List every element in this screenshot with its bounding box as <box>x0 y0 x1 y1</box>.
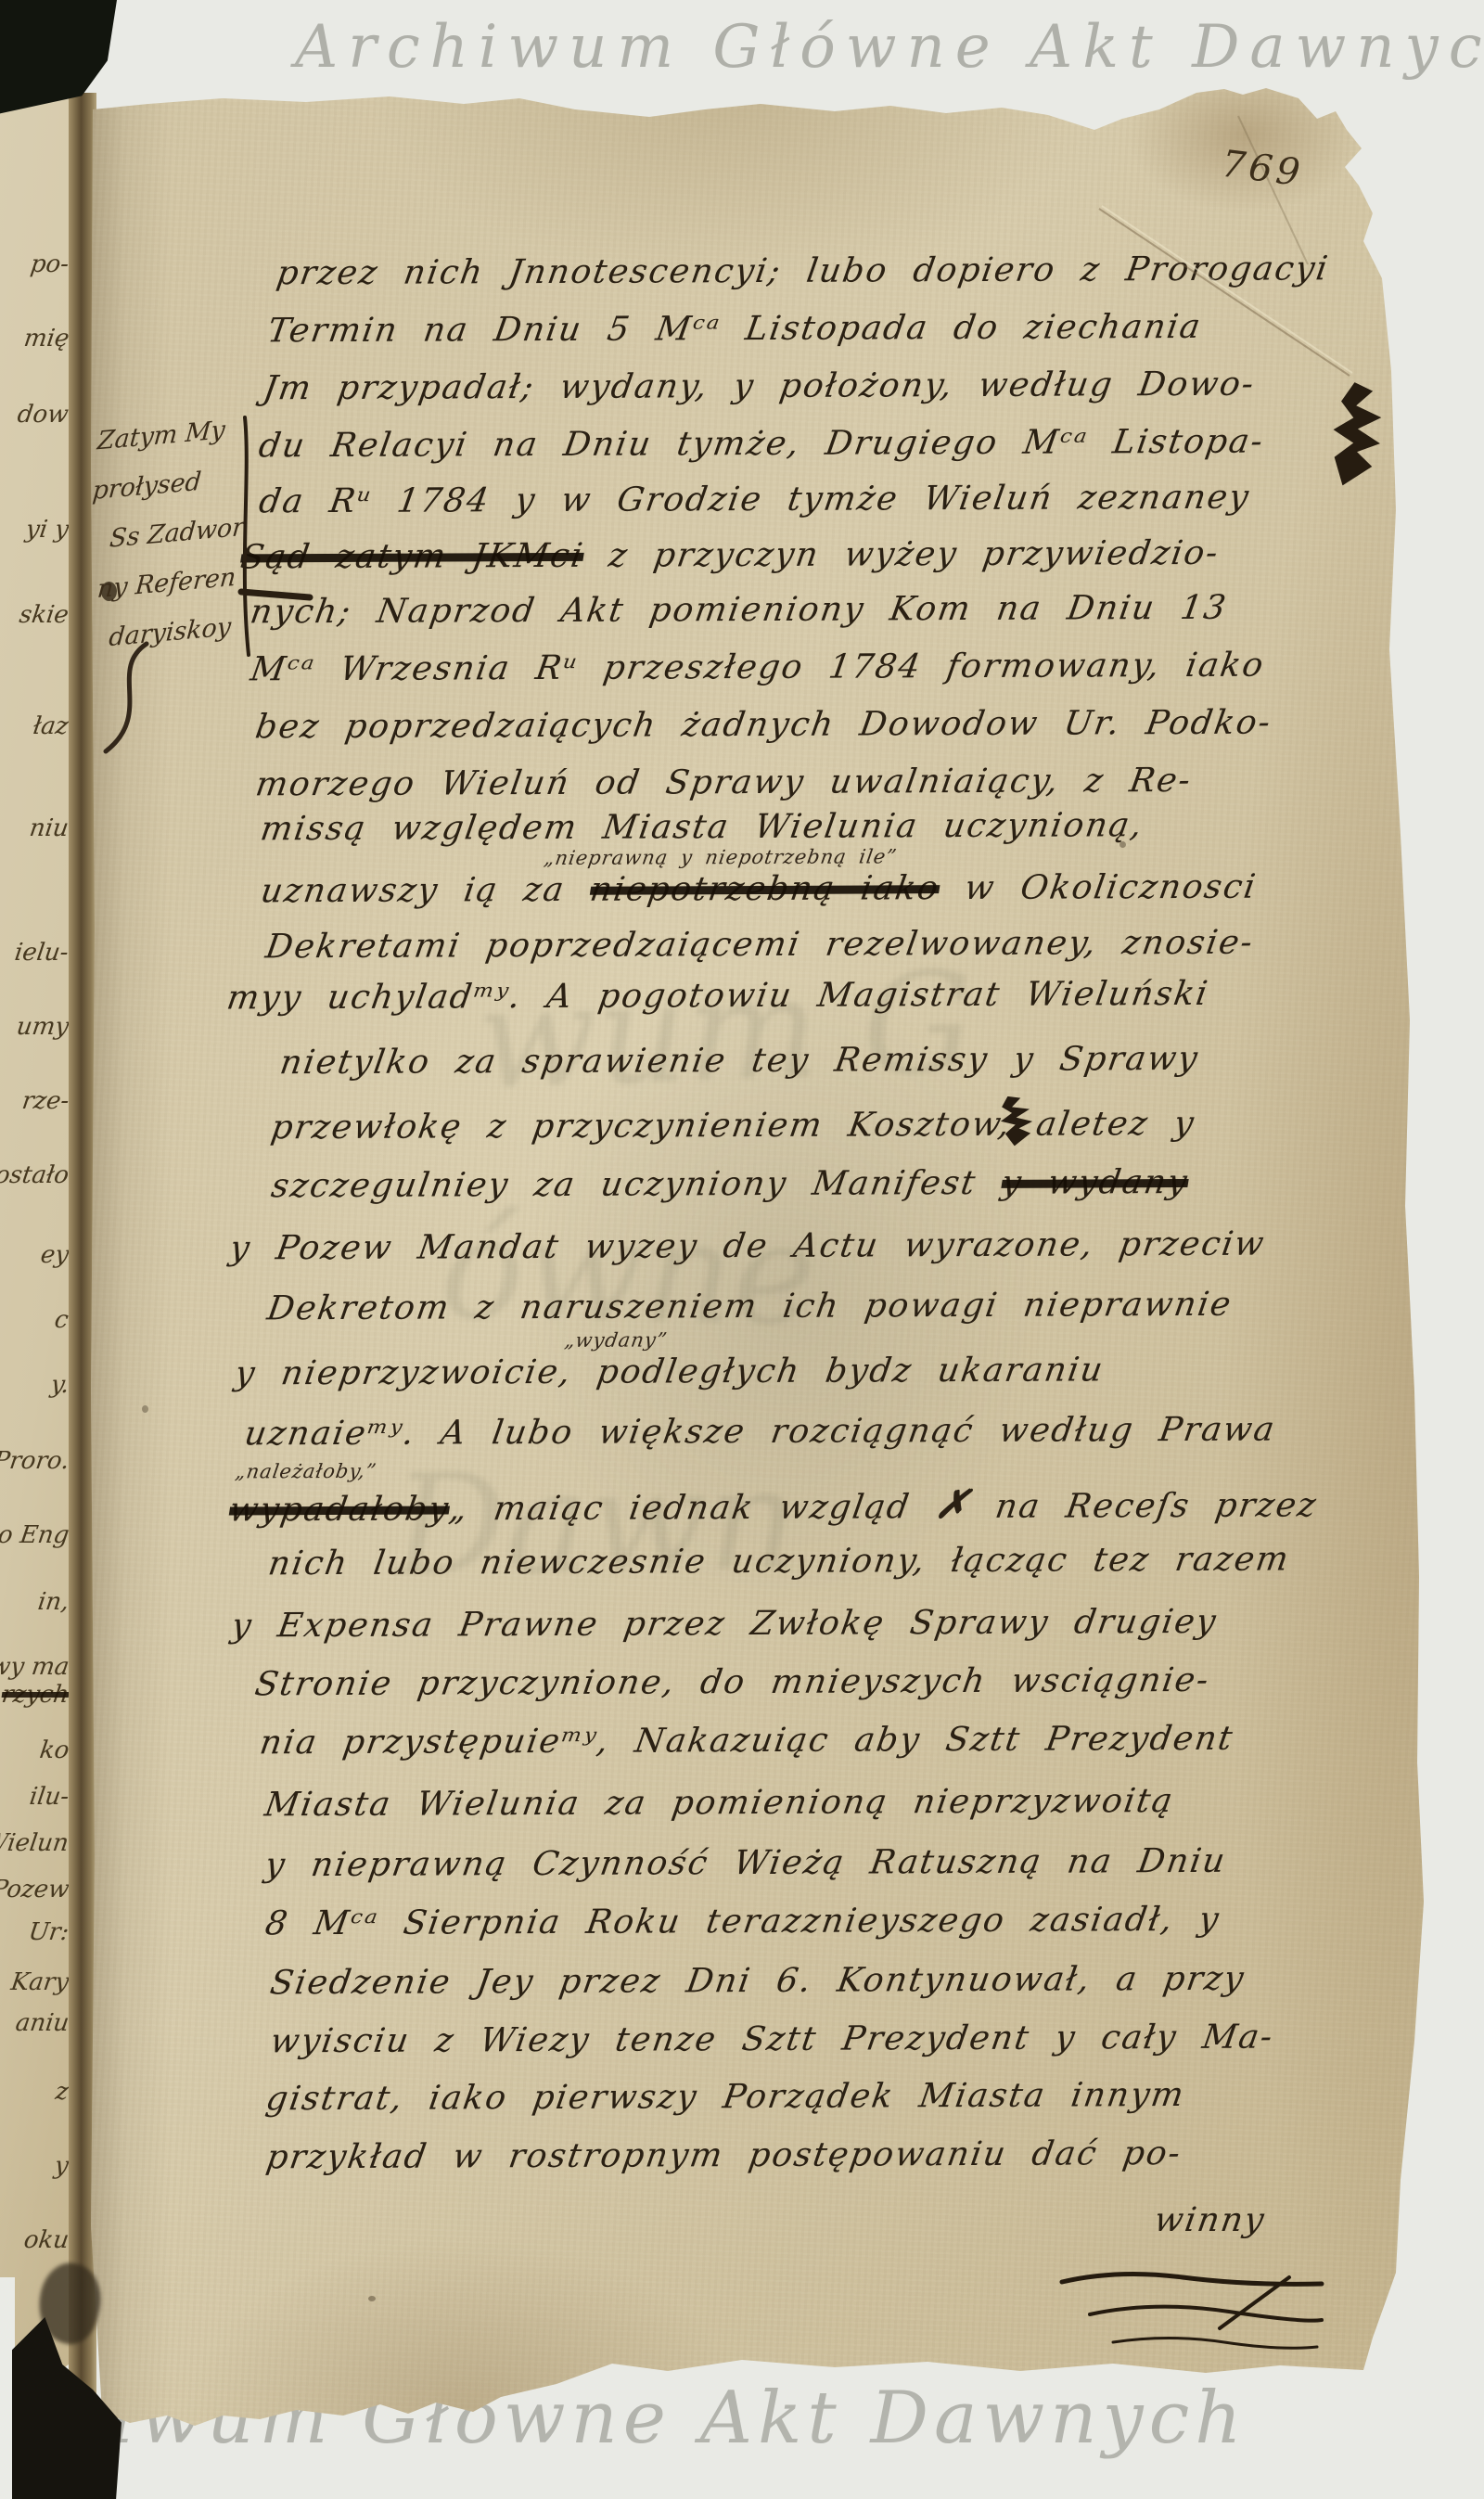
manuscript-line: missą względem Miasta Wielunia uczynioną… <box>258 806 1146 848</box>
handwritten-text: y Pozew Mandat wyzey de Actu wyrazone, p… <box>227 1225 1268 1268</box>
previous-page-text-fragment: ey <box>39 1241 70 1269</box>
previous-page-text-fragment: Pozew <box>0 1876 70 1903</box>
manuscript-line: „nieprawną y niepotrzebną ile”uznawszy i… <box>258 868 1260 911</box>
handwritten-text: bez poprzedzaiących żadnych Dowodow Ur. … <box>253 704 1274 747</box>
ink-speck <box>368 2296 376 2301</box>
manuscript-line: szczegulniey za uczyniony Manifest y wyd… <box>269 1163 1192 1205</box>
handwritten-text: y nieprzyzwoicie, podległych bydz ukaran… <box>233 1351 1107 1392</box>
previous-page-text-fragment: y. <box>48 1371 70 1399</box>
catchword: winny <box>1152 2201 1269 2239</box>
manuscript-line: da Rᵘ 1784 y w Grodzie tymże Wieluń zezn… <box>257 479 1253 521</box>
manuscript-line: „należałoby,”wypadałoby„ maiąc iednak wz… <box>226 1480 1321 1530</box>
handwritten-text: morzego Wieluń od Sprawy uwalniaiący, z … <box>253 762 1195 803</box>
handwritten-text: nich lubo niewczesnie uczyniony, łącząc … <box>266 1541 1293 1583</box>
previous-page-text-fragment: aniu <box>14 2009 71 2037</box>
manuscript-line: y Expensa Prawne przez Zwłokę Sprawy dru… <box>229 1603 1221 1646</box>
previous-page-edge: po-międowyi yskiełazniuielu-umyrze-ostał… <box>0 93 72 2423</box>
manuscript-line: przykład w rostropnym postępowaniu dać p… <box>263 2134 1184 2176</box>
handwritten-text: missą względem Miasta Wielunia uczynioną… <box>258 806 1146 848</box>
handwritten-text: nych; Naprzod Akt pomieniony Kom na Dniu… <box>248 589 1230 632</box>
manuscript-line: wyisciu z Wiezy tenze Sztt Prezydent y c… <box>268 2018 1277 2061</box>
previous-page-text-fragment: umy <box>15 1013 70 1041</box>
previous-page-text-fragment: niu <box>28 814 70 842</box>
previous-page-text-fragment: mię <box>22 325 71 352</box>
previous-page-text-fragment: ko <box>37 1736 70 1764</box>
interlinear-insertion: „wydany” <box>563 1328 669 1351</box>
manuscript-line: Siedzenie Jey przez Dni 6. Kontynuował, … <box>267 1960 1247 2003</box>
handwritten-text: y Expensa Prawne przez Zwłokę Sprawy dru… <box>229 1603 1221 1646</box>
previous-page-text-fragment: Ur: <box>27 1918 70 1946</box>
previous-page-text-fragment: Wielun <box>0 1829 70 1857</box>
previous-page-text-fragment: Kary <box>9 1968 70 1996</box>
previous-page-text-fragment: in, <box>36 1588 71 1616</box>
manuscript-line: Miasta Wielunia za pomienioną nieprzyzwo… <box>262 1782 1177 1824</box>
handwritten-text: przykład w rostropnym postępowaniu dać p… <box>263 2134 1184 2176</box>
handwritten-text: gistrat, iako pierwszy Porządek Miasta i… <box>263 2076 1188 2118</box>
manuscript-line: nich lubo niewczesnie uczyniony, łącząc … <box>266 1541 1293 1583</box>
handwritten-text: Siedzenie Jey przez Dni 6. Kontynuował, … <box>267 1960 1247 2003</box>
handwritten-text: z przyczyn wyżey przywiedzio- <box>581 534 1222 575</box>
handwritten-text: nietylko za sprawienie tey Remissy y Spr… <box>277 1040 1201 1082</box>
manuscript-line: Dekretom z naruszeniem ich powagi niepra… <box>264 1286 1235 1328</box>
handwritten-text: w Okolicznosci <box>937 868 1260 908</box>
handwritten-text: przewłokę z przyczynieniem Kosztow, alet… <box>268 1105 1197 1147</box>
handwritten-text: Dekretami poprzedzaiącemi rezelwowaney, … <box>263 924 1257 967</box>
manuscript-line: Termin na Dniu 5 Mᶜᵃ Listopada do ziecha… <box>265 308 1205 350</box>
handwritten-text: myy uchyladᵐʸ. A pogotowiu Magistrat Wie… <box>224 975 1211 1018</box>
previous-page-text-fragment: rzych <box>0 1681 70 1709</box>
handwritten-text: y nieprawną Czynność Wieżą Ratuszną na D… <box>262 1842 1229 1885</box>
margin-flourish <box>89 636 173 766</box>
previous-page-text-fragment: wy ma <box>0 1653 70 1681</box>
previous-page-text-fragment: ilu- <box>28 1783 70 1811</box>
ink-speck <box>1119 841 1126 848</box>
previous-page-text-fragment: rze- <box>20 1087 71 1115</box>
manuscript-line: du Relacyi na Dniu tymże, Drugiego Mᶜᵃ L… <box>256 423 1267 466</box>
handwritten-text: du Relacyi na Dniu tymże, Drugiego Mᶜᵃ L… <box>256 423 1267 466</box>
manuscript-line: nietylko za sprawienie tey Remissy y Spr… <box>277 1040 1201 1082</box>
handwritten-text: 8 Mᶜᵃ Sierpnia Roku terazznieyszego zasi… <box>262 1901 1222 1943</box>
manuscript-line: uznaieᵐʸ. A lubo większe rozciągnąć wedł… <box>242 1411 1279 1454</box>
previous-page-text-fragment: Proro. <box>0 1447 70 1475</box>
handwritten-text: Mᶜᵃ Wrzesnia Rᵘ przeszłego 1784 formowan… <box>248 647 1267 689</box>
previous-page-text-fragment: oku <box>22 2226 70 2254</box>
handwritten-text: uznaieᵐʸ. A lubo większe rozciągnąć wedł… <box>242 1411 1279 1454</box>
manuscript-line: Sąd zatym JKMci z przyczyn wyżey przywie… <box>238 534 1222 577</box>
interlinear-insertion: „należałoby,” <box>234 1460 378 1483</box>
previous-page-text-fragment: łaz <box>32 712 70 740</box>
handwritten-text: Miasta Wielunia za pomienioną nieprzyzwo… <box>262 1782 1177 1824</box>
handwritten-text: Stronie przyczynione, do mnieyszych wsci… <box>252 1661 1212 1704</box>
manuscript-line: przewłokę z przyczynieniem Kosztow, alet… <box>268 1105 1197 1147</box>
handwritten-text: uznawszy ią za <box>258 871 593 911</box>
interlinear-insertion: „nieprawną y niepotrzebną ile” <box>543 845 899 869</box>
manuscript-line: „wydany”y nieprzyzwoicie, podległych byd… <box>233 1351 1107 1392</box>
manuscript-line: nia przystępuieᵐʸ, Nakazuiąc aby Sztt Pr… <box>257 1720 1236 1762</box>
archival-scan: { "archive_watermark": { "top_text": "Ar… <box>0 0 1484 2499</box>
previous-page-text-fragment: ostało <box>0 1161 70 1189</box>
manuscript-line: gistrat, iako pierwszy Porządek Miasta i… <box>263 2076 1188 2118</box>
previous-page-text-fragment: o Eng <box>0 1521 70 1549</box>
manuscript-line: Mᶜᵃ Wrzesnia Rᵘ przeszłego 1784 formowan… <box>248 647 1267 689</box>
manuscript-line: bez poprzedzaiących żadnych Dowodow Ur. … <box>253 704 1274 747</box>
struck-text: niepotrzebną iako <box>587 869 942 909</box>
manuscript-line: y nieprawną Czynność Wieżą Ratuszną na D… <box>262 1842 1229 1885</box>
manuscript-line: Stronie przyczynione, do mnieyszych wsci… <box>252 1661 1212 1704</box>
manuscript-line: myy uchyladᵐʸ. A pogotowiu Magistrat Wie… <box>224 975 1211 1018</box>
previous-page-text-fragment: dow <box>16 401 70 429</box>
ink-speck <box>142 1405 148 1413</box>
manuscript-line: nych; Naprzod Akt pomieniony Kom na Dniu… <box>248 589 1230 632</box>
previous-page-text-fragment: po- <box>29 250 70 278</box>
handwritten-text: wyisciu z Wiezy tenze Sztt Prezydent y c… <box>268 2018 1277 2061</box>
manuscript-line: 8 Mᶜᵃ Sierpnia Roku terazznieyszego zasi… <box>262 1901 1222 1943</box>
previous-page-text-fragment: yi y <box>24 516 70 544</box>
handwritten-text: Dekretom z naruszeniem ich powagi niepra… <box>264 1286 1235 1328</box>
struck-text: wypadałoby <box>226 1490 452 1529</box>
handwritten-text: Termin na Dniu 5 Mᶜᵃ Listopada do ziecha… <box>265 308 1205 350</box>
archive-watermark-top: Archiwum Główne Akt Dawnych <box>295 13 1484 82</box>
handwritten-text: „ maiąc iednak wzgląd <box>446 1488 939 1528</box>
handwritten-text: da Rᵘ 1784 y w Grodzie tymże Wieluń zezn… <box>257 479 1253 521</box>
manuscript-line: morzego Wieluń od Sprawy uwalniaiący, z … <box>253 762 1195 803</box>
handwritten-text: nia przystępuieᵐʸ, Nakazuiąc aby Sztt Pr… <box>257 1720 1236 1762</box>
previous-page-text-fragment: skie <box>18 601 70 629</box>
catchword-flourish <box>1053 2249 1368 2379</box>
manuscript-line: y Pozew Mandat wyzey de Actu wyrazone, p… <box>227 1225 1268 1268</box>
fold-crease <box>1071 107 1405 422</box>
struck-text: y wydany <box>999 1163 1191 1202</box>
previous-page-text-fragment: ielu- <box>13 939 70 967</box>
handwritten-text: na Receſs przez <box>967 1486 1320 1526</box>
margin-note-bracket <box>230 397 351 675</box>
handwritten-text: szczegulniey za uczyniony Manifest <box>269 1164 1005 1205</box>
manuscript-line: Dekretami poprzedzaiącemi rezelwowaney, … <box>263 924 1257 967</box>
